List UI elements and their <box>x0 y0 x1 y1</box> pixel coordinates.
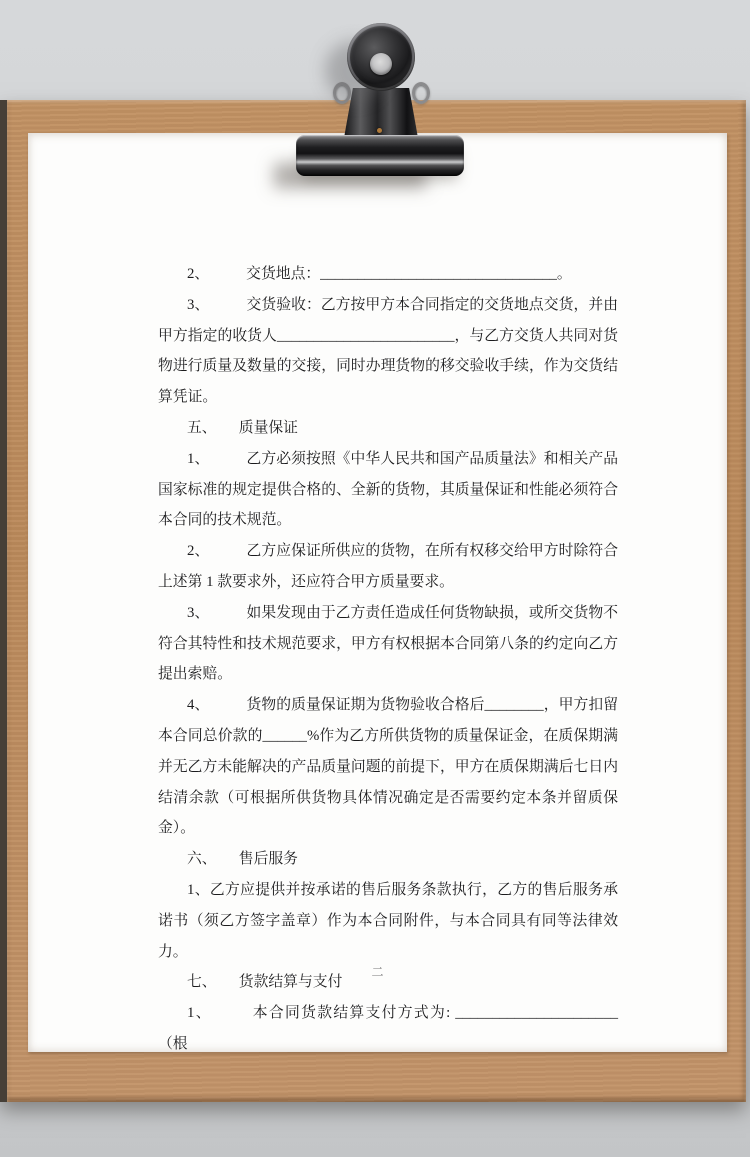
contract-paragraph: 1、 乙方必须按照《中华人民共和国产品质量法》和相关产品国家标准的规定提供合格的… <box>158 444 618 536</box>
contract-paragraph: 1、 本合同货款结算支付方式为: ______________________（… <box>158 998 618 1060</box>
contract-paragraph: 1、乙方应提供并按承诺的售后服务条款执行，乙方的售后服务承诺书（须乙方签字盖章）… <box>158 875 618 967</box>
paper-sheet: 2、 交货地点：________________________________… <box>28 133 727 1052</box>
clip-spring-loop-icon <box>333 82 351 104</box>
contract-paragraph: 4、 货物的质量保证期为货物验收合格后________，甲方扣留本合同总价款的_… <box>158 690 618 844</box>
contract-section-heading: 五、 质量保证 <box>158 413 618 444</box>
contract-paragraph: 3、 如果发现由于乙方责任造成任何货物缺损，或所交货物不符合其特性和技术规范要求… <box>158 598 618 690</box>
clip-spring-loop-icon <box>412 82 430 104</box>
photo-scene: { "scene": { "background_color": "#d1d3d… <box>0 0 750 1157</box>
clip-hole <box>370 53 392 75</box>
page-number: 二 <box>28 965 727 979</box>
contract-body: 2、 交货地点：________________________________… <box>158 259 618 1060</box>
contract-paragraph: 3、 交货验收：乙方按甲方本合同指定的交货地点交货，并由甲方指定的收货人____… <box>158 290 618 413</box>
clip-rivet <box>377 128 382 133</box>
contract-section-heading: 六、 售后服务 <box>158 844 618 875</box>
contract-paragraph: 2、 交货地点：________________________________… <box>158 259 618 290</box>
clip-bar <box>296 135 464 176</box>
contract-paragraph: 2、 乙方应保证所供应的货物，在所有权移交给甲方时除符合上述第 1 款要求外，还… <box>158 536 618 598</box>
clip-knob <box>347 23 415 91</box>
